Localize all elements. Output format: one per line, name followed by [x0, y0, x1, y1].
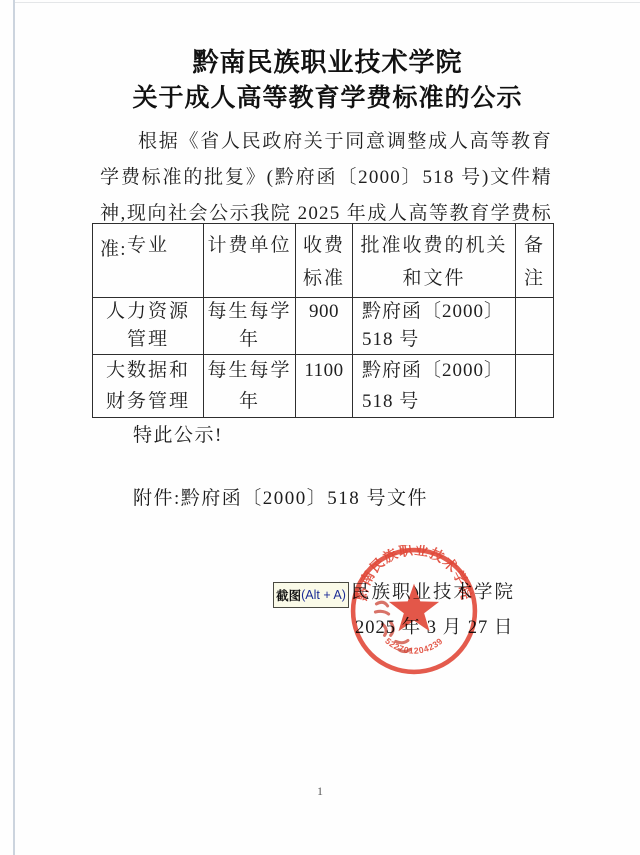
- tooltip-shortcut: (Alt + A): [301, 588, 346, 602]
- table-header-row: 专业 计费单位 收费标准 批准收费的机关和文件 备注: [93, 224, 554, 298]
- cell-authority: 黔府函〔2000〕518 号: [353, 355, 516, 418]
- col-header-major: 专业: [93, 224, 204, 298]
- table-row: 大数据和财务管理 每生每学年 1100 黔府函〔2000〕518 号: [93, 355, 554, 418]
- page-left-edge: [13, 0, 15, 855]
- closing-text: 特此公示!: [133, 420, 223, 447]
- tooltip-label: 截图: [276, 586, 301, 604]
- table-row: 人力资源管理 每生每学年 900 黔府函〔2000〕518 号: [93, 298, 554, 355]
- document-page: 黔南民族职业技术学院 关于成人高等教育学费标准的公示 根据《省人民政府关于同意调…: [0, 0, 640, 855]
- fee-table: 专业 计费单位 收费标准 批准收费的机关和文件 备注 人力资源管理 每生每学年 …: [92, 223, 554, 418]
- col-header-unit: 计费单位: [204, 224, 296, 298]
- cell-note: [516, 298, 554, 355]
- col-header-authority: 批准收费的机关和文件: [353, 224, 516, 298]
- official-seal: 黔南民族职业技术学院 522701204239: [348, 545, 480, 677]
- cell-fee: 1100: [296, 355, 353, 418]
- page-title-line1: 黔南民族职业技术学院: [15, 42, 640, 79]
- svg-text:522701204239: 522701204239: [383, 636, 445, 656]
- cell-note: [516, 355, 554, 418]
- col-header-note: 备注: [516, 224, 554, 298]
- cell-unit: 每生每学年: [204, 355, 296, 418]
- seal-code-text: 522701204239: [383, 636, 445, 656]
- page-top-edge: [15, 2, 640, 3]
- page-number: 1: [0, 784, 640, 799]
- cell-authority: 黔府函〔2000〕518 号: [353, 298, 516, 355]
- cell-unit: 每生每学年: [204, 298, 296, 355]
- cell-major: 人力资源管理: [93, 298, 204, 355]
- cell-major: 大数据和财务管理: [93, 355, 204, 418]
- seal-star-icon: [389, 584, 439, 632]
- screenshot-tooltip: 截图(Alt + A): [273, 582, 349, 608]
- col-header-fee: 收费标准: [296, 224, 353, 298]
- cell-fee: 900: [296, 298, 353, 355]
- attachment-line: 附件:黔府函〔2000〕518 号文件: [133, 483, 428, 510]
- page-title-line2: 关于成人高等教育学费标准的公示: [15, 78, 640, 114]
